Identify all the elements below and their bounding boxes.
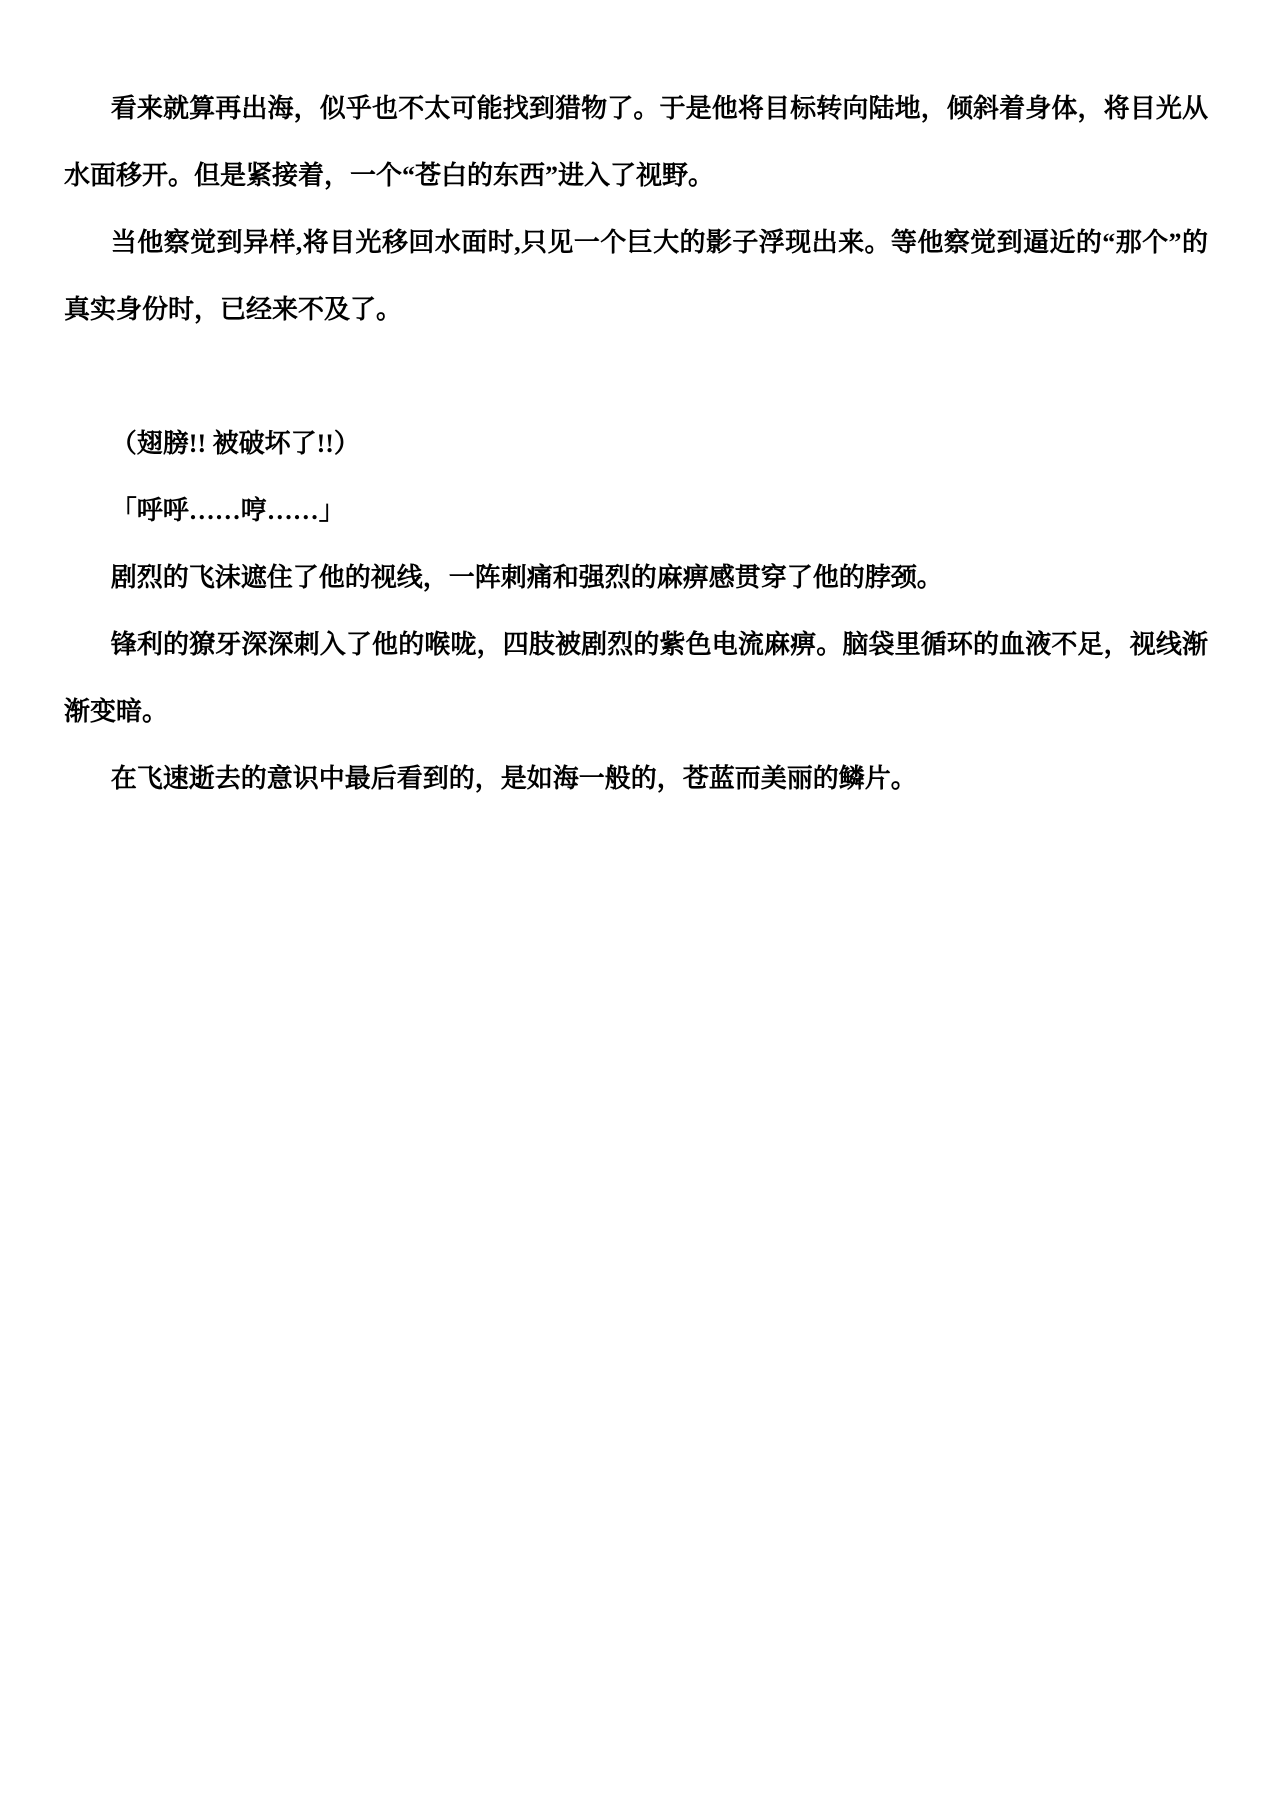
- paragraph-narrative-3: 剧烈的飞沫遮住了他的视线，一阵刺痛和强烈的麻痹感贯穿了他的脖颈。: [64, 544, 1208, 611]
- paragraph-narrative-1: 看来就算再出海，似乎也不太可能找到猎物了。于是他将目标转向陆地，倾斜着身体，将目…: [64, 75, 1208, 209]
- paragraph-narrative-4: 锋利的獠牙深深刺入了他的喉咙，四肢被剧烈的紫色电流麻痹。脑袋里循环的血液不足，视…: [64, 611, 1208, 745]
- paragraph-thought-exclamation: （翅膀!! 被破坏了!!）: [64, 410, 1208, 477]
- paragraph-narrative-5: 在飞速逝去的意识中最后看到的，是如海一般的，苍蓝而美丽的鳞片。: [64, 745, 1208, 812]
- paragraph-narrative-2: 当他察觉到异样,将目光移回水面时,只见一个巨大的影子浮现出来。等他察觉到逼近的“…: [64, 209, 1208, 343]
- blank-line-spacer: [64, 343, 1208, 410]
- document-body: 看来就算再出海，似乎也不太可能找到猎物了。于是他将目标转向陆地，倾斜着身体，将目…: [64, 75, 1208, 812]
- paragraph-dialogue: 「呼呼……哼……」: [64, 477, 1208, 544]
- document-page: 看来就算再出海，似乎也不太可能找到猎物了。于是他将目标转向陆地，倾斜着身体，将目…: [0, 0, 1280, 1810]
